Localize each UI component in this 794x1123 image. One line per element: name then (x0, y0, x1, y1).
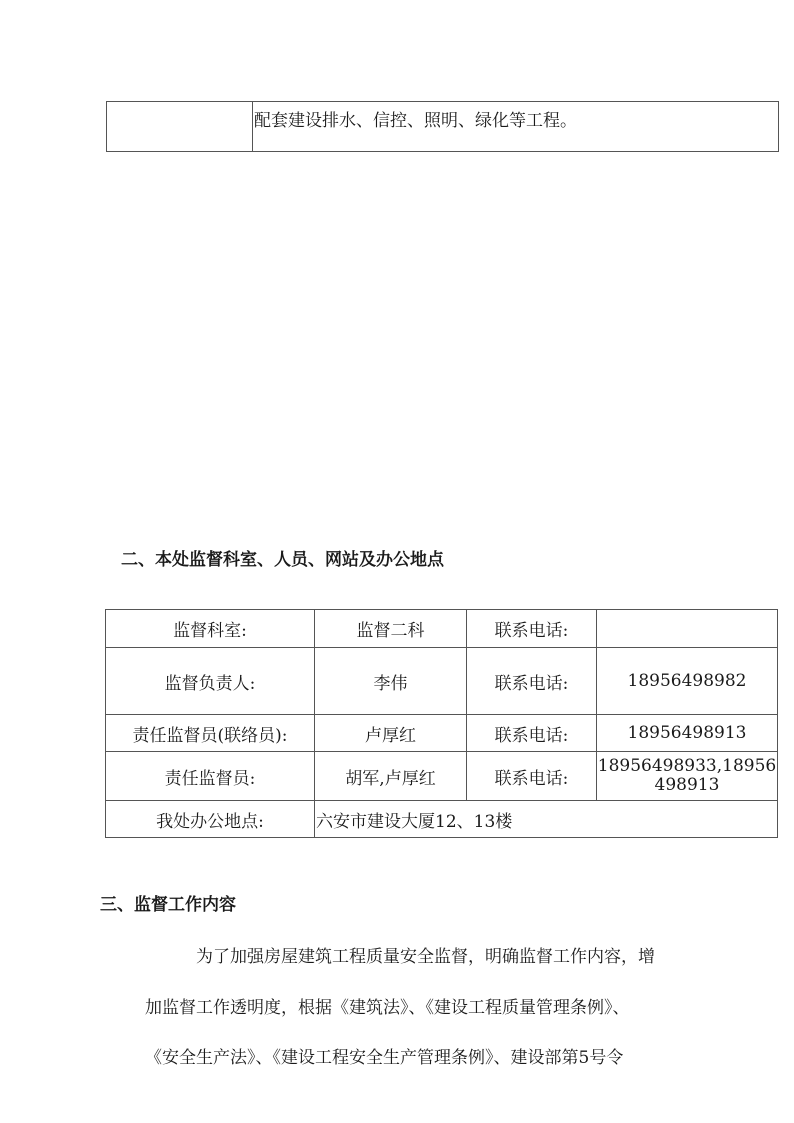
table-cell-content: 配套建设排水、信控、照明、绿化等工程。 (253, 102, 779, 152)
row-value: 胡军,卢厚红 (315, 752, 467, 801)
phone-value: 18956498982 (597, 648, 778, 715)
row-value: 监督二科 (315, 610, 467, 648)
table-row: 监督科室: 监督二科 联系电话: (106, 610, 778, 648)
row-label: 责任监督员: (106, 752, 315, 801)
contact-table: 监督科室: 监督二科 联系电话: 监督负责人: 李伟 联系电话: 1895649… (105, 609, 778, 838)
section-heading-work-content: 三、监督工作内容 (100, 890, 236, 915)
phone-label: 联系电话: (467, 610, 597, 648)
phone-value: 18956498933,18956498913 (597, 752, 778, 801)
phone-value (597, 610, 778, 648)
paragraph-line: 加监督工作透明度，根据《建筑法》、《建设工程质量管理条例》、 (145, 993, 630, 1018)
row-label: 监督负责人: (106, 648, 315, 715)
phone-label: 联系电话: (467, 648, 597, 715)
table-row: 责任监督员(联络员): 卢厚红 联系电话: 18956498913 (106, 715, 778, 752)
row-value: 卢厚红 (315, 715, 467, 752)
phone-label: 联系电话: (467, 752, 597, 801)
row-value: 李伟 (315, 648, 467, 715)
paragraph-line: 《安全生产法》、《建设工程安全生产管理条例》、建设部第5号令 (145, 1043, 623, 1068)
row-label: 我处办公地点: (106, 801, 315, 838)
paragraph-line: 为了加强房屋建筑工程质量安全监督，明确监督工作内容，增 (196, 942, 655, 967)
row-label: 监督科室: (106, 610, 315, 648)
phone-value: 18956498913 (597, 715, 778, 752)
section-heading-office-info: 二、本处监督科室、人员、网站及办公地点 (121, 545, 444, 570)
office-address: 六安市建设大厦12、13楼 (315, 801, 778, 838)
table-row: 配套建设排水、信控、照明、绿化等工程。 (107, 102, 779, 152)
phone-label: 联系电话: (467, 715, 597, 752)
project-scope-table: 配套建设排水、信控、照明、绿化等工程。 (106, 101, 779, 152)
table-row-office: 我处办公地点: 六安市建设大厦12、13楼 (106, 801, 778, 838)
table-row: 责任监督员: 胡军,卢厚红 联系电话: 18956498933,18956498… (106, 752, 778, 801)
table-row: 监督负责人: 李伟 联系电话: 18956498982 (106, 648, 778, 715)
table-cell-label (107, 102, 253, 152)
row-label: 责任监督员(联络员): (106, 715, 315, 752)
